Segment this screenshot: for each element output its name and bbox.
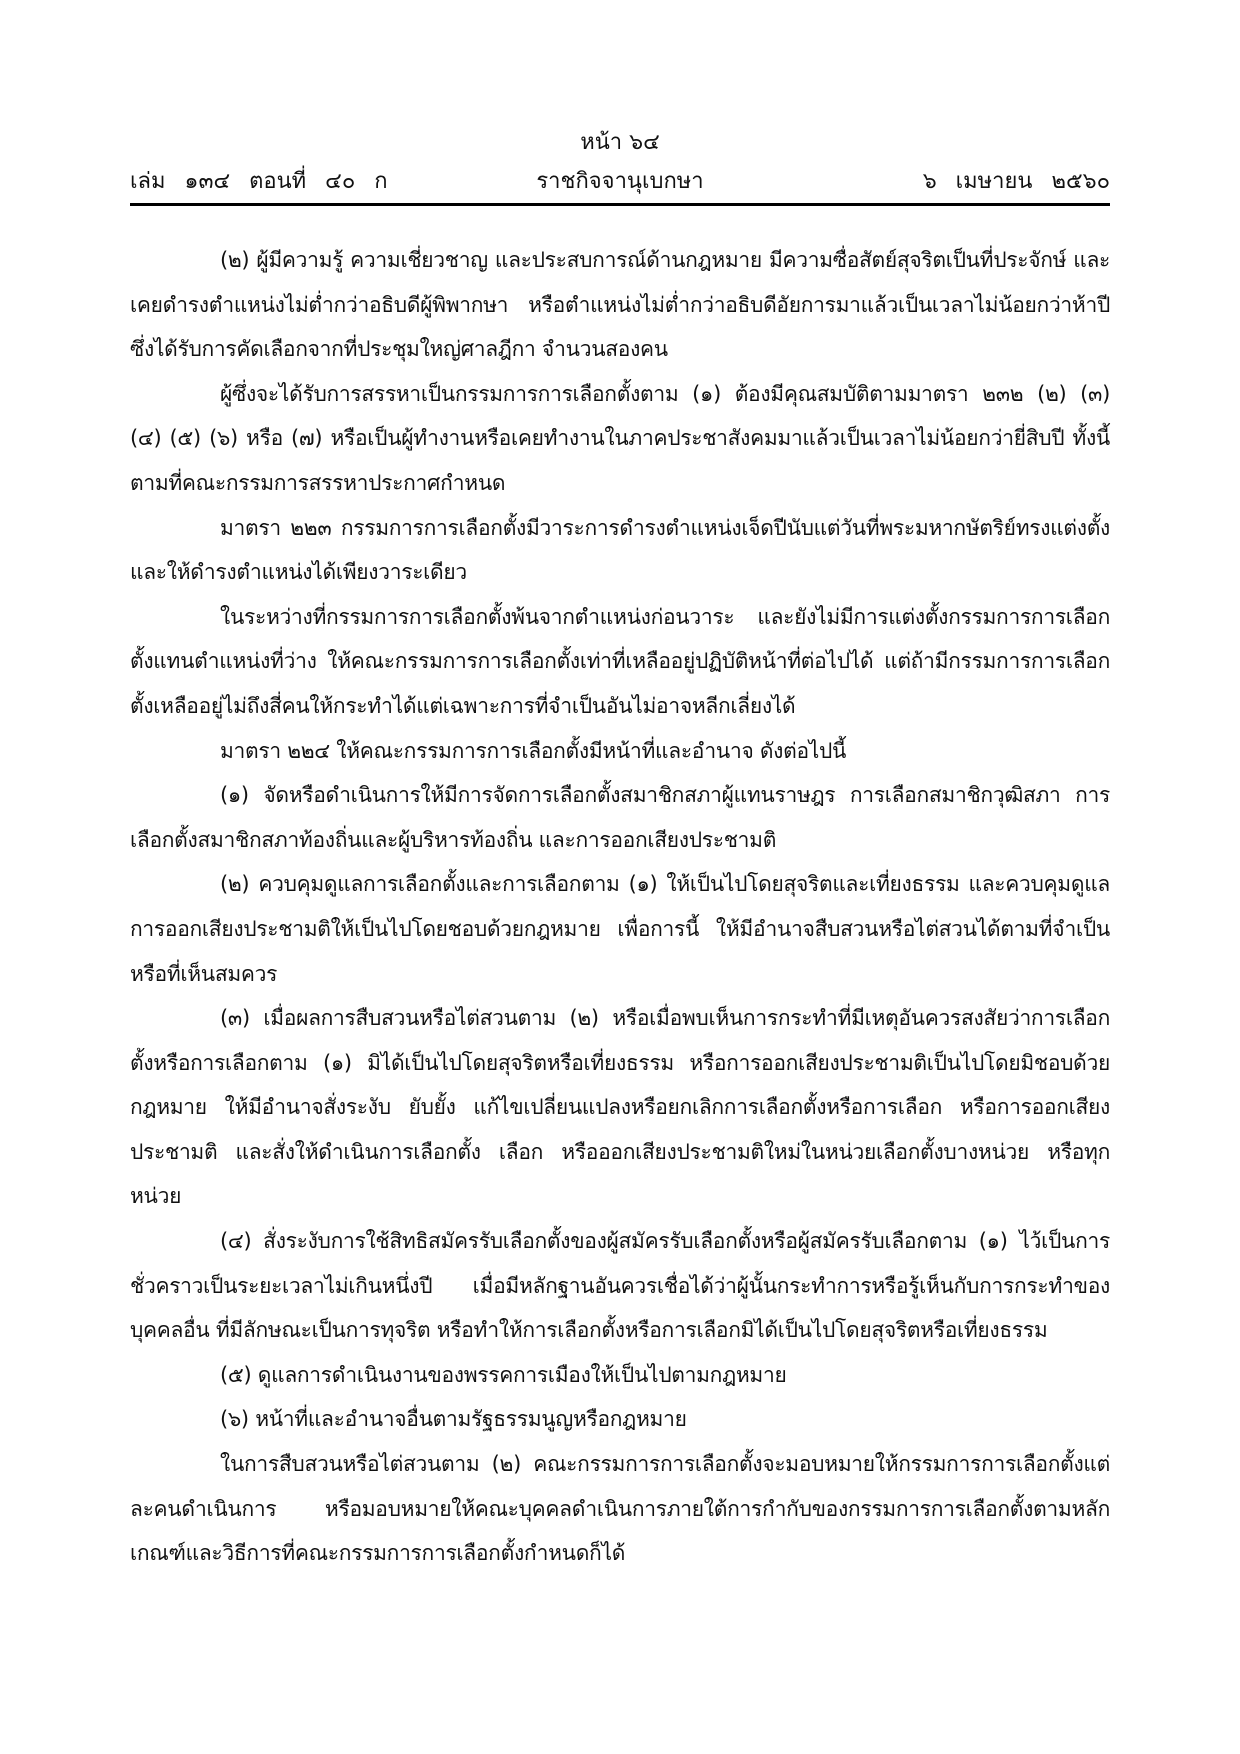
paragraph-section-223: มาตรา ๒๒๓ กรรมการการเลือกตั้งมีวาระการดำ… (130, 506, 1110, 595)
header-rule (130, 203, 1110, 206)
paragraph-section-224: มาตรา ๒๒๔ ให้คณะกรรมการการเลือกตั้งมีหน้… (130, 729, 1110, 774)
paragraph-duty-1: (๑) จัดหรือดำเนินการให้มีการจัดการเลือกต… (130, 773, 1110, 862)
paragraph-duty-2: (๒) ควบคุมดูแลการเลือกตั้งและการเลือกตาม… (130, 862, 1110, 996)
gazette-header: เล่ม ๑๓๔ ตอนที่ ๔๐ ก ราชกิจจานุเบกษา ๖ เ… (130, 166, 1110, 198)
paragraph-duty-3: (๓) เมื่อผลการสืบสวนหรือไต่สวนตาม (๒) หร… (130, 996, 1110, 1219)
paragraph-investigation: ในการสืบสวนหรือไต่สวนตาม (๒) คณะกรรมการก… (130, 1442, 1110, 1576)
paragraph-duty-5: (๕) ดูแลการดำเนินงานของพรรคการเมืองให้เป… (130, 1353, 1110, 1398)
document-body: (๒) ผู้มีความรู้ ความเชี่ยวชาญ และประสบก… (130, 238, 1110, 1576)
paragraph-duty-4: (๔) สั่งระงับการใช้สิทธิสมัครรับเลือกตั้… (130, 1219, 1110, 1353)
paragraph-duty-6: (๖) หน้าที่และอำนาจอื่นตามรัฐธรรมนูญหรือ… (130, 1397, 1110, 1442)
paragraph-vacancy: ในระหว่างที่กรรมการการเลือกตั้งพ้นจากตำแ… (130, 595, 1110, 729)
paragraph-qualifications: ผู้ซึ่งจะได้รับการสรรหาเป็นกรรมการการเลื… (130, 372, 1110, 506)
publication-date: ๖ เมษายน ๒๕๖๐ (923, 166, 1110, 198)
page-number: หน้า ๖๔ (0, 128, 1240, 158)
paragraph-clause-2-judges: (๒) ผู้มีความรู้ ความเชี่ยวชาญ และประสบก… (130, 238, 1110, 372)
